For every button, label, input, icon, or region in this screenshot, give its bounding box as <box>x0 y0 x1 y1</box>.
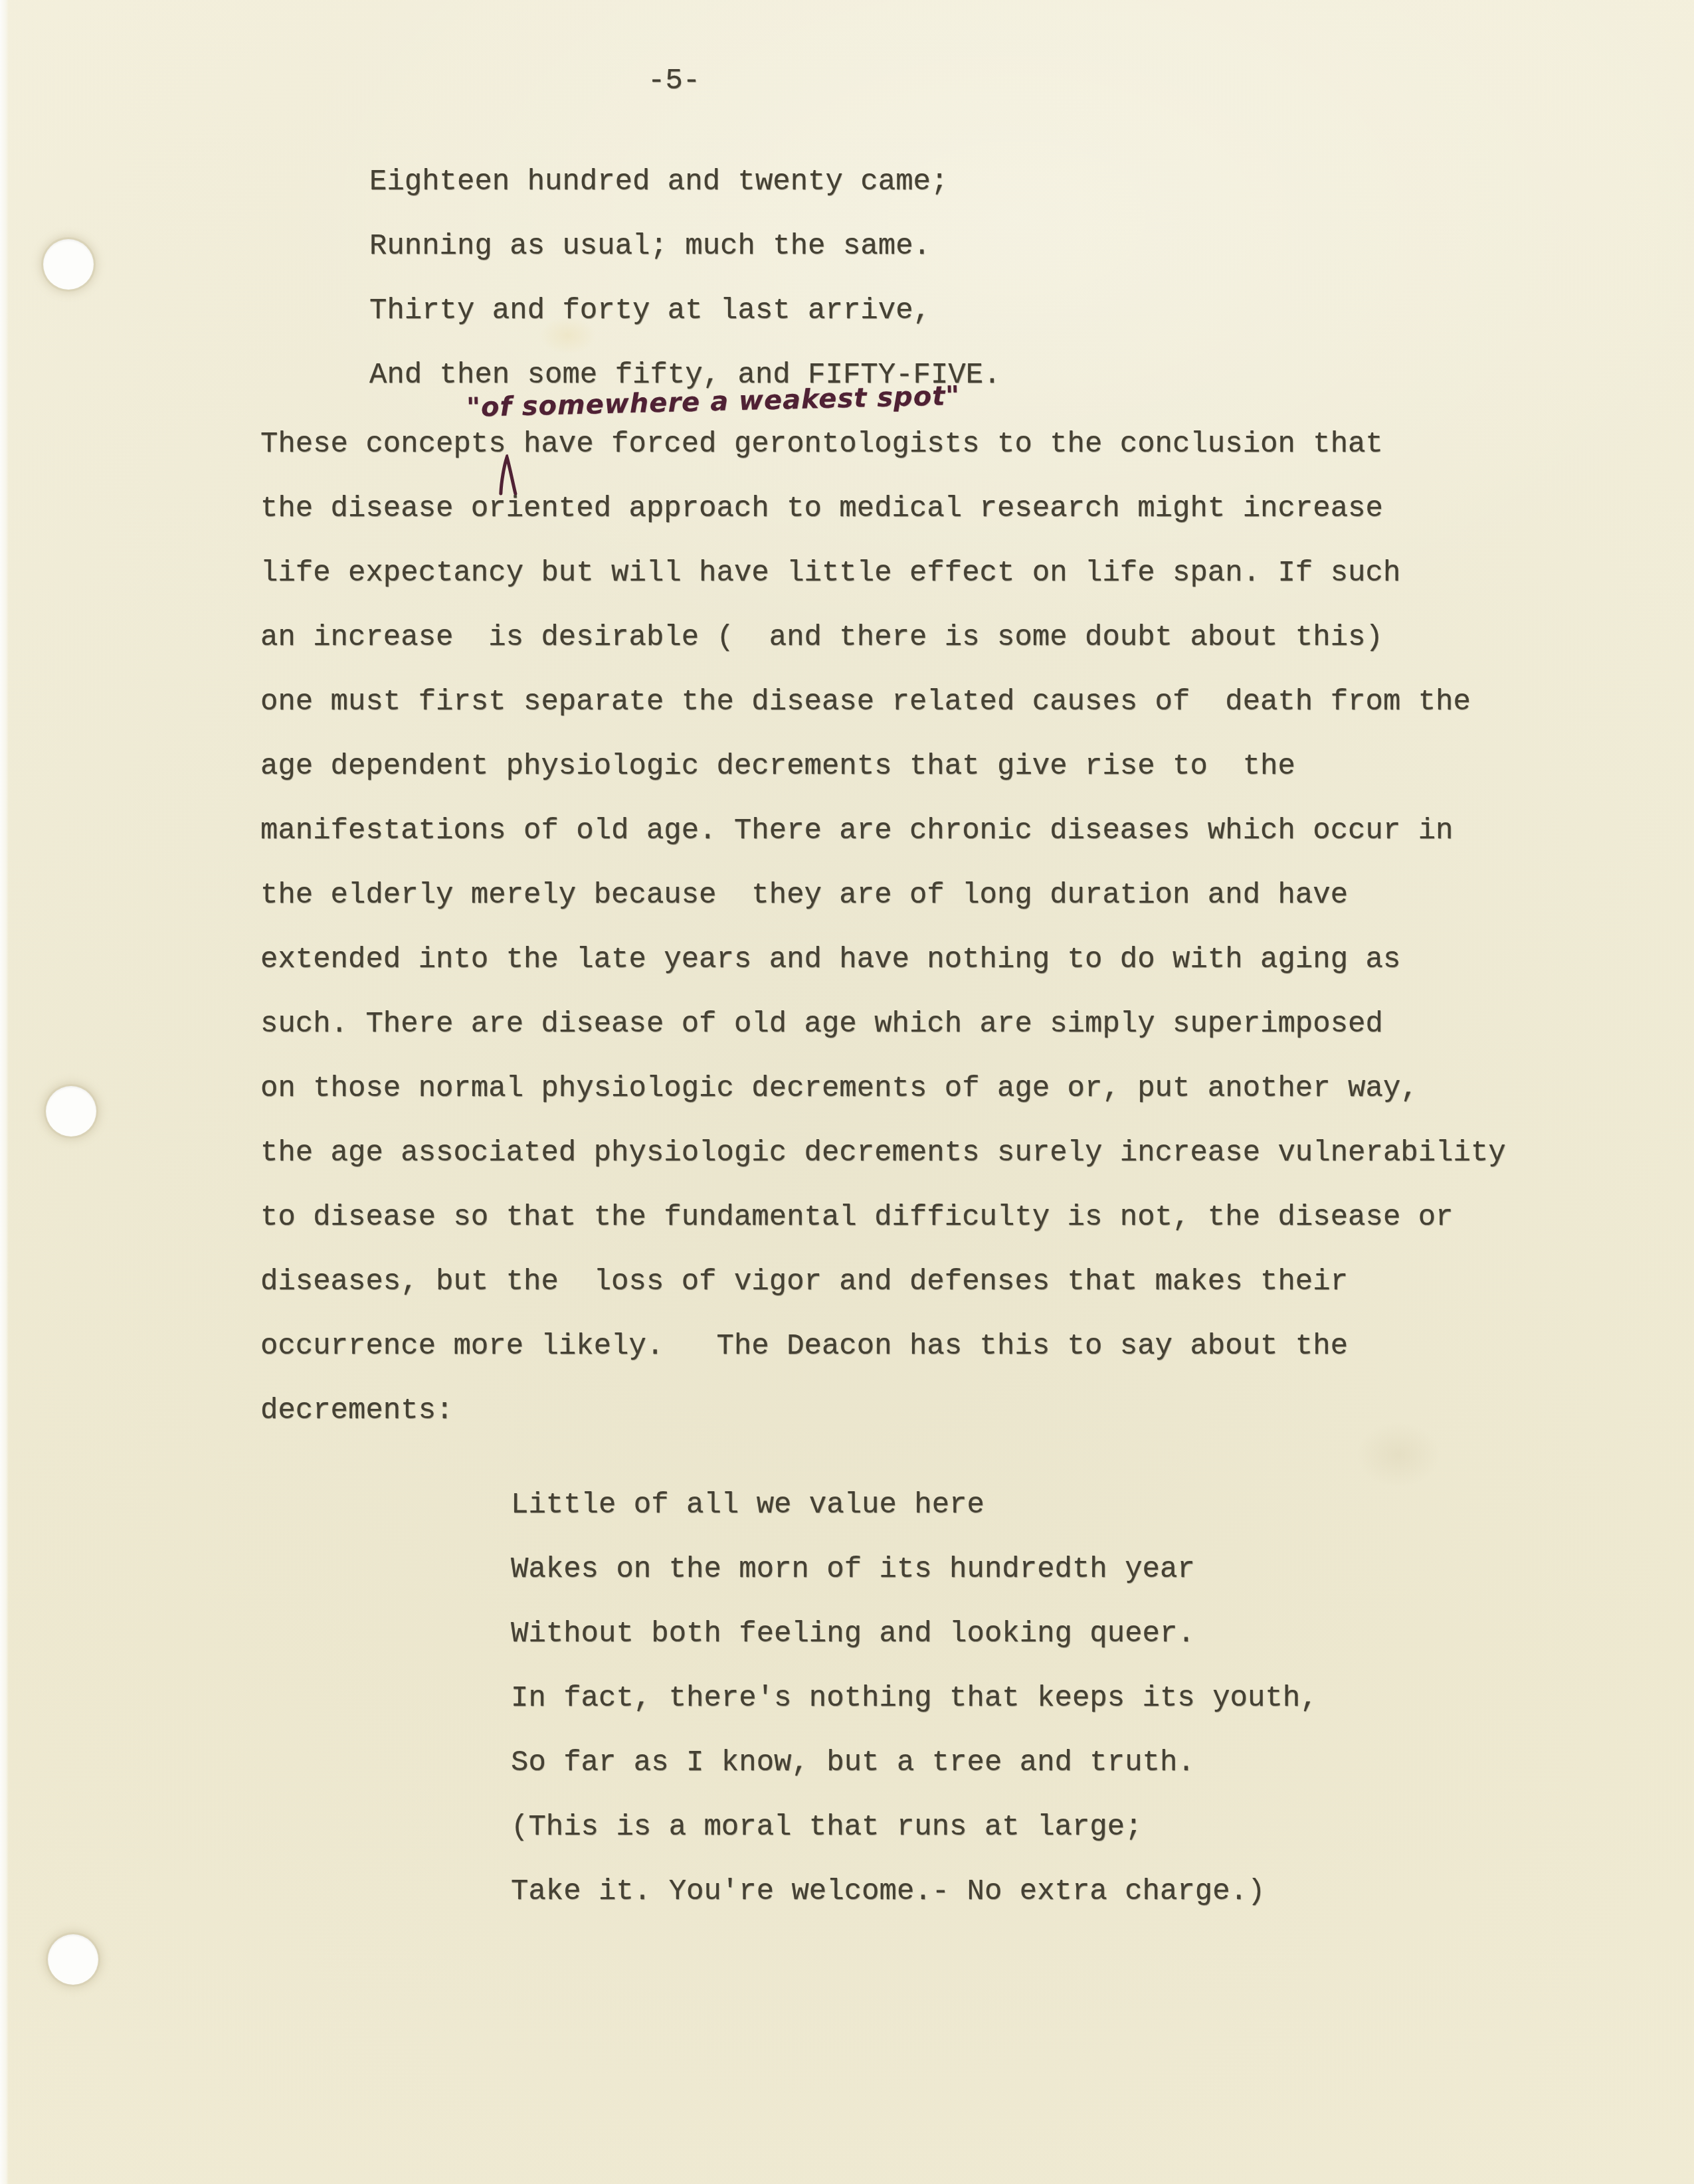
hole-punch-middle <box>46 1086 96 1137</box>
page-number: -5- <box>648 49 700 114</box>
hole-punch-bottom <box>48 1934 98 1985</box>
hole-punch-top <box>43 239 94 290</box>
scanner-edge <box>0 0 9 2184</box>
typewritten-page: -5- Eighteen hundred and twenty came; Ru… <box>0 0 1694 2184</box>
body-paragraph: These concepts have forced gerontologist… <box>260 412 1506 1443</box>
closing-verse: Little of all we value here Wakes on the… <box>511 1473 1318 1924</box>
opening-verse: Eighteen hundred and twenty came; Runnin… <box>369 150 1001 408</box>
